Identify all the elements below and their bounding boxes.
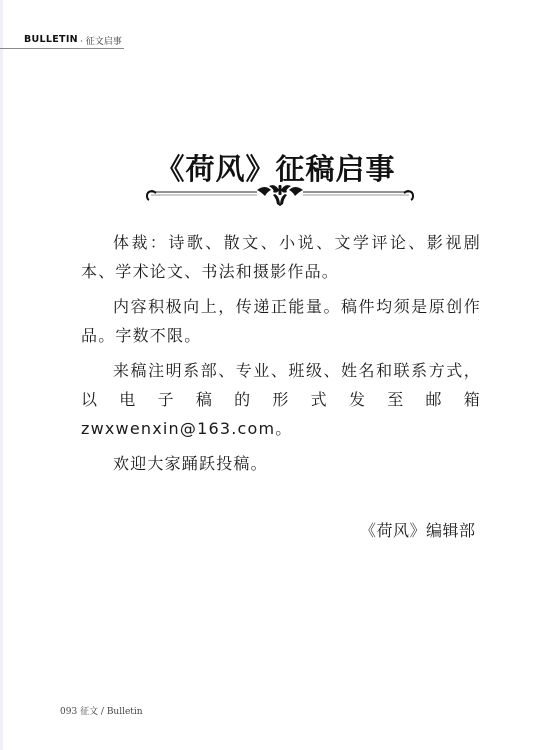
running-header: BULLETIN · 征文启事 — [0, 34, 124, 49]
signature: 《荷风》编辑部 — [360, 518, 476, 541]
header-section: · 征文启事 — [80, 34, 122, 47]
body-text: 体裁：诗歌、散文、小说、文学评论、影视剧本、学术论文、书法和摄影作品。 内容积极… — [81, 228, 481, 484]
paragraph-submission-instructions: 来稿注明系部、专业、班级、姓名和联系方式，以电子稿的形式发至邮箱 zwxwenx… — [81, 356, 481, 443]
page-edge — [0, 0, 3, 750]
paragraph-content-requirements: 内容积极向上，传递正能量。稿件均须是原创作品。字数不限。 — [81, 292, 481, 350]
paragraph-welcome: 欢迎大家踊跃投稿。 — [81, 449, 481, 478]
header-brand: BULLETIN — [24, 34, 78, 45]
page-number: 093 — [60, 707, 77, 717]
paragraph-genres: 体裁：诗歌、散文、小说、文学评论、影视剧本、学术论文、书法和摄影作品。 — [81, 228, 481, 286]
footer-label: 征文 / Bulletin — [80, 707, 143, 717]
page-footer: 093 征文 / Bulletin — [60, 704, 143, 717]
ornamental-divider-icon — [143, 182, 417, 208]
